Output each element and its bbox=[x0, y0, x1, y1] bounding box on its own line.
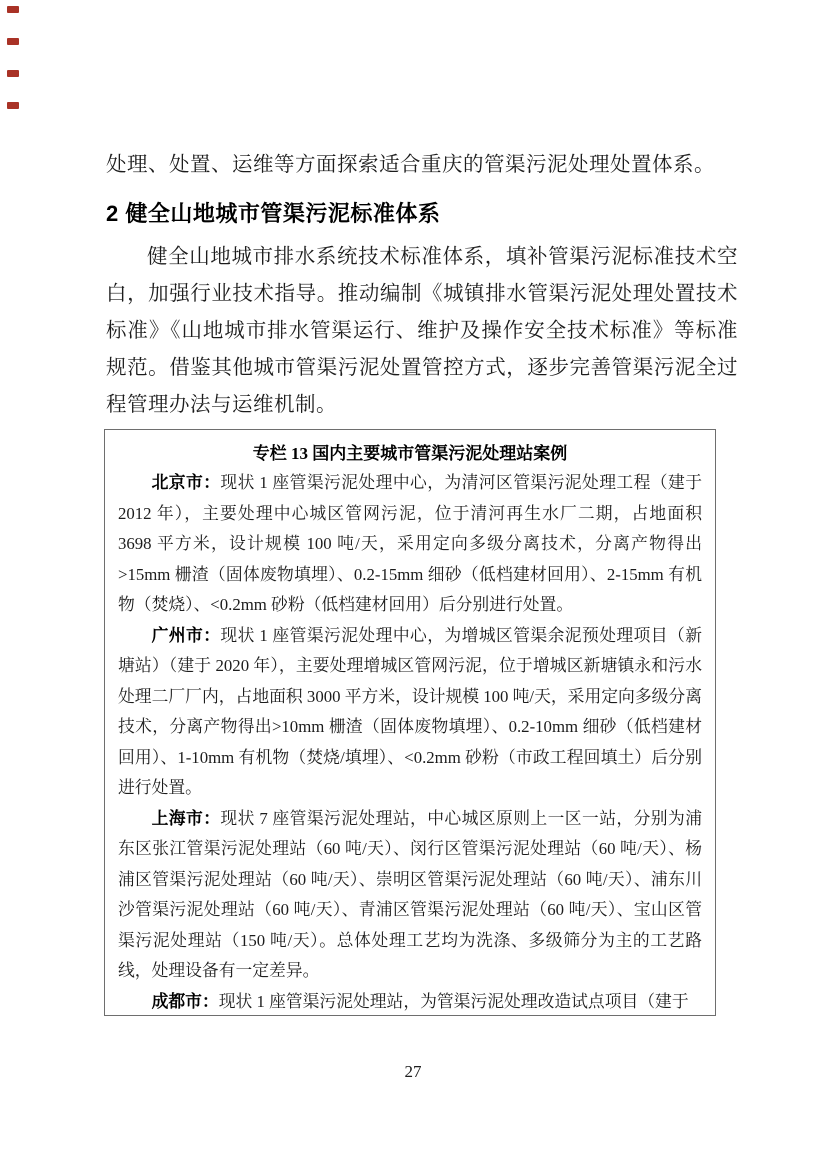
case-text-beijing: 现状 1 座管渠污泥处理中心，为清河区管渠污泥处理工程（建于 2012 年），主… bbox=[118, 473, 702, 614]
case-study-box: 专栏 13 国内主要城市管渠污泥处理站案例 北京市：现状 1 座管渠污泥处理中心… bbox=[104, 429, 716, 1016]
case-paragraph-beijing: 北京市：现状 1 座管渠污泥处理中心，为清河区管渠污泥处理工程（建于 2012 … bbox=[118, 468, 702, 621]
red-annotation-mark bbox=[7, 102, 19, 109]
red-annotation-mark bbox=[7, 38, 19, 45]
paragraph-continuation: 处理、处置、运维等方面探索适合重庆的管渠污泥处理处置体系。 bbox=[106, 147, 738, 184]
document-page: 处理、处置、运维等方面探索适合重庆的管渠污泥处理处置体系。 2 健全山地城市管渠… bbox=[0, 0, 826, 1169]
red-annotation-mark bbox=[7, 70, 19, 77]
page-content: 处理、处置、运维等方面探索适合重庆的管渠污泥处理处置体系。 2 健全山地城市管渠… bbox=[106, 147, 738, 1016]
page-number: 27 bbox=[0, 1060, 826, 1084]
case-text-chengdu: 现状 1 座管渠污泥处理站，为管渠污泥处理改造试点项目（建于 bbox=[219, 992, 689, 1011]
city-name-chengdu: 成都市： bbox=[152, 992, 219, 1011]
case-paragraph-chengdu: 成都市：现状 1 座管渠污泥处理站，为管渠污泥处理改造试点项目（建于 bbox=[118, 987, 702, 1017]
city-name-shanghai: 上海市： bbox=[152, 809, 221, 828]
case-text-guangzhou: 现状 1 座管渠污泥处理中心，为增城区管渠余泥预处理项目（新塘站）（建于 202… bbox=[118, 626, 702, 798]
section-heading: 2 健全山地城市管渠污泥标准体系 bbox=[106, 195, 738, 232]
case-paragraph-guangzhou: 广州市：现状 1 座管渠污泥处理中心，为增城区管渠余泥预处理项目（新塘站）（建于… bbox=[118, 621, 702, 804]
city-name-beijing: 北京市： bbox=[152, 473, 221, 492]
case-paragraph-shanghai: 上海市：现状 7 座管渠污泥处理站，中心城区原则上一区一站，分别为浦东区张江管渠… bbox=[118, 804, 702, 987]
city-name-guangzhou: 广州市： bbox=[152, 626, 221, 645]
case-text-shanghai: 现状 7 座管渠污泥处理站，中心城区原则上一区一站，分别为浦东区张江管渠污泥处理… bbox=[118, 809, 702, 981]
section-paragraph: 健全山地城市排水系统技术标准体系，填补管渠污泥标准技术空白，加强行业技术指导。推… bbox=[106, 239, 738, 424]
case-box-title: 专栏 13 国内主要城市管渠污泥处理站案例 bbox=[118, 439, 702, 468]
red-annotation-mark bbox=[7, 6, 19, 13]
